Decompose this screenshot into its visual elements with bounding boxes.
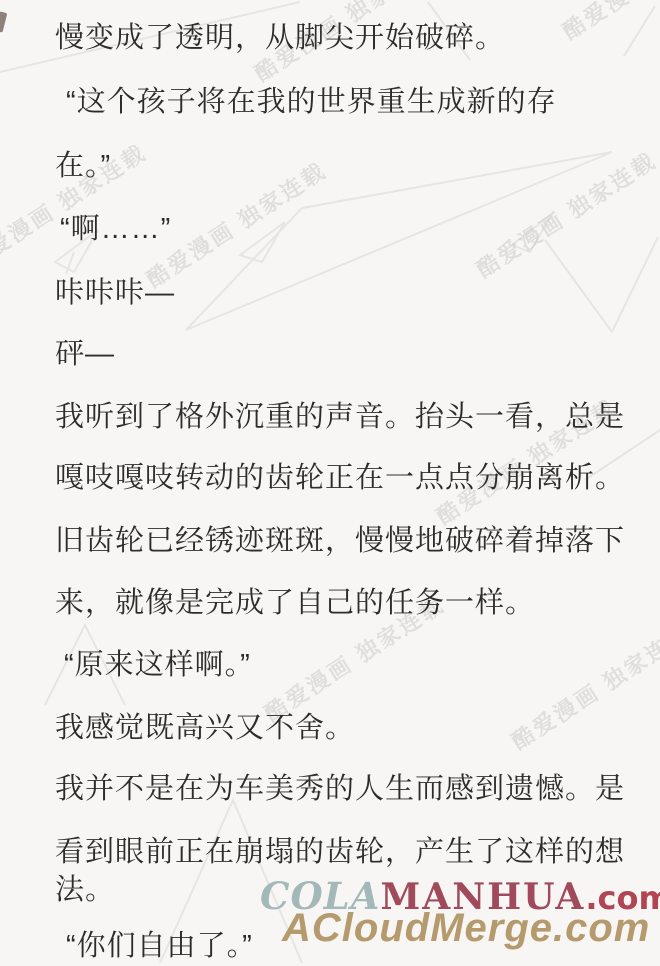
story-line: “啊……” bbox=[60, 213, 171, 246]
diagonal-watermark-text: 酷爱漫画 独家连载 bbox=[505, 616, 660, 756]
paper-plane-icon bbox=[512, 214, 552, 252]
story-line: “你们自由了。” bbox=[66, 930, 253, 963]
story-line: “原来这样啊。” bbox=[64, 649, 251, 682]
story-line: 慢变成了透明，从脚尖开始破碎。 bbox=[55, 22, 505, 55]
diagonal-watermark-text: 酷爱漫画 独家连载 bbox=[470, 144, 660, 284]
manhua-text-page: 酷爱漫画 独家连载 酷爱漫画 独家连载 酷爱漫画 独家连载 酷爱漫画 独家连载 … bbox=[0, 0, 660, 966]
story-line: 看到眼前正在崩塌的齿轮，产生了这样的想 bbox=[55, 836, 625, 869]
story-line: 法。 bbox=[55, 874, 115, 907]
story-line: 咔咔咔— bbox=[55, 277, 175, 310]
story-line: 我感觉既高兴又不舍。 bbox=[55, 712, 355, 745]
corner-smudge bbox=[0, 11, 7, 32]
paper-plane-icon bbox=[240, 222, 285, 262]
diagonal-line bbox=[545, 237, 660, 480]
story-line: 我并不是在为车美秀的人生而感到遗憾。是 bbox=[55, 773, 625, 806]
story-line: 在。” bbox=[55, 150, 111, 183]
story-line: 来，就像是完成了自己的任务一样。 bbox=[55, 587, 535, 620]
story-line: 旧齿轮已经锈迹斑斑，慢慢地破碎着掉落下 bbox=[55, 525, 625, 558]
story-line: 我听到了格外沉重的声音。抬头一看，总是 bbox=[55, 401, 625, 434]
story-line: 嘎吱嘎吱转动的齿轮正在一点点分崩离析。 bbox=[55, 462, 625, 495]
acloudmerge-watermark: ACloudMerge.com bbox=[282, 906, 650, 951]
diagonal-watermark-text: 酷爱漫画 独家连载 bbox=[556, 0, 660, 46]
story-line: “这个孩子将在我的世界重生成新的存 bbox=[66, 86, 557, 119]
large-triangle-outline bbox=[186, 152, 612, 330]
story-line: 砰— bbox=[55, 338, 115, 371]
